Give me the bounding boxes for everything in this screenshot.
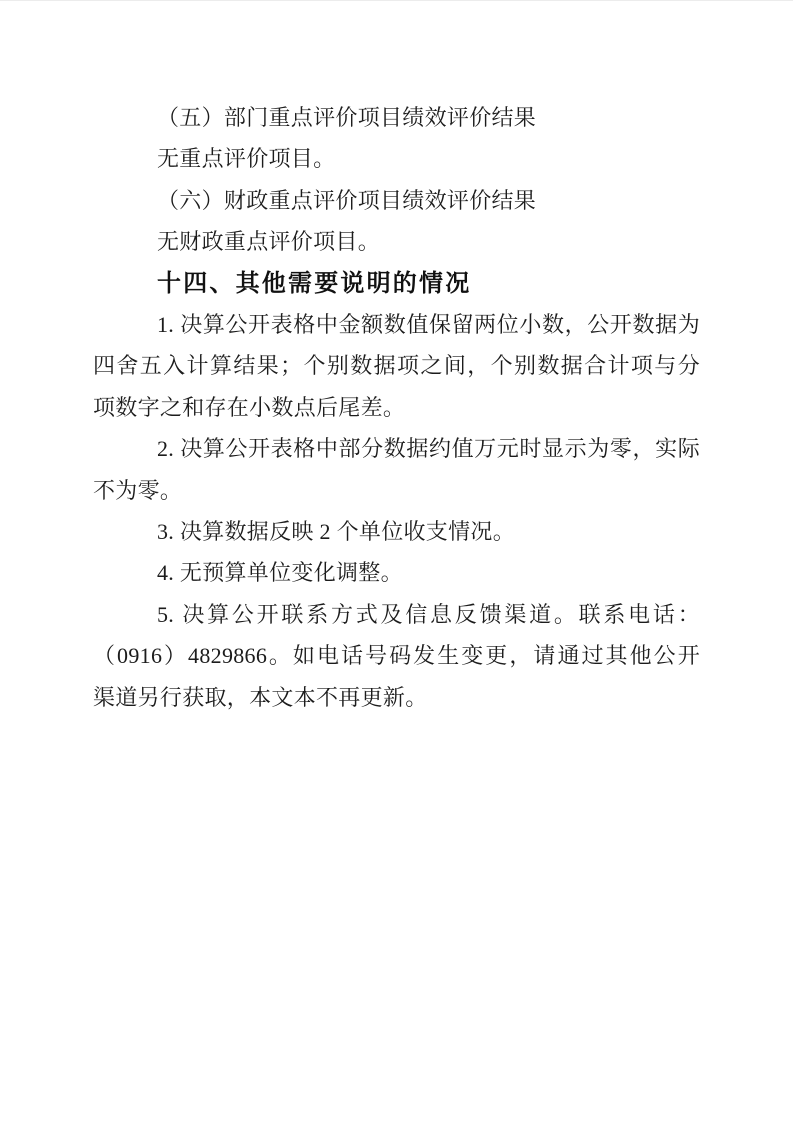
text-line: 3. 决算数据反映 2 个单位收支情况。 <box>93 511 700 552</box>
document-text-block: （五）部门重点评价项目绩效评价结果无重点评价项目。（六）财政重点评价项目绩效评价… <box>93 97 700 718</box>
body-paragraph: 无财政重点评价项目。 <box>93 221 700 262</box>
text-line: 2. 决算公开表格中部分数据约值万元时显示为零，实际 <box>93 428 700 469</box>
text-line: （0916）4829866。如电话号码发生变更，请通过其他公开 <box>93 635 700 676</box>
sub-section-heading: （五）部门重点评价项目绩效评价结果 <box>93 97 700 138</box>
text-line: （五）部门重点评价项目绩效评价结果 <box>93 97 700 138</box>
text-line: 项数字之和存在小数点后尾差。 <box>93 387 700 428</box>
body-paragraph: 5. 决算公开联系方式及信息反馈渠道。联系电话：（0916）4829866。如电… <box>93 594 700 718</box>
body-paragraph: 无重点评价项目。 <box>93 138 700 179</box>
section-heading: 十四、其他需要说明的情况 <box>93 263 700 304</box>
body-paragraph: 4. 无预算单位变化调整。 <box>93 552 700 593</box>
text-line: 不为零。 <box>93 470 700 511</box>
text-line: 渠道另行获取，本文本不再更新。 <box>93 677 700 718</box>
text-line: 1. 决算公开表格中金额数值保留两位小数，公开数据为 <box>93 304 700 345</box>
body-paragraph: 3. 决算数据反映 2 个单位收支情况。 <box>93 511 700 552</box>
sub-section-heading: （六）财政重点评价项目绩效评价结果 <box>93 180 700 221</box>
text-line: 无财政重点评价项目。 <box>93 221 700 262</box>
text-line: 5. 决算公开联系方式及信息反馈渠道。联系电话： <box>93 594 700 635</box>
text-line: （六）财政重点评价项目绩效评价结果 <box>93 180 700 221</box>
text-line: 无重点评价项目。 <box>93 138 700 179</box>
document-page: （五）部门重点评价项目绩效评价结果无重点评价项目。（六）财政重点评价项目绩效评价… <box>0 0 793 1123</box>
text-line: 4. 无预算单位变化调整。 <box>93 552 700 593</box>
text-line: 四舍五入计算结果；个别数据项之间，个别数据合计项与分 <box>93 345 700 386</box>
text-line: 十四、其他需要说明的情况 <box>93 263 700 304</box>
body-paragraph: 2. 决算公开表格中部分数据约值万元时显示为零，实际不为零。 <box>93 428 700 511</box>
body-paragraph: 1. 决算公开表格中金额数值保留两位小数，公开数据为四舍五入计算结果；个别数据项… <box>93 304 700 428</box>
